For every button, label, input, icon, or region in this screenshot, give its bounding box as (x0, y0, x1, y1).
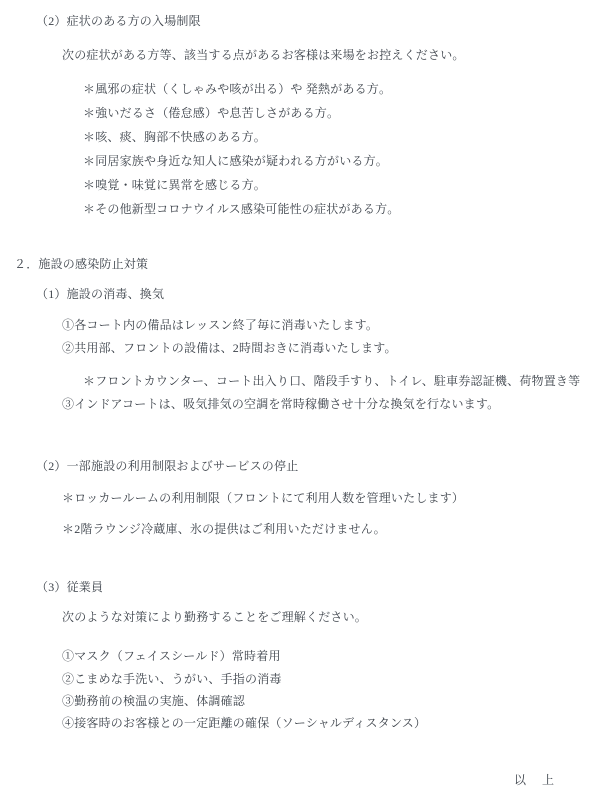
disinfection-item: ②共用部、フロントの設備は、2時間おきに消毒いたします。 (62, 340, 397, 356)
staff-item: ①マスク（フェイスシールド）常時着用 (62, 648, 281, 664)
staff-intro: 次のような対策により勤務することをご理解ください。 (62, 609, 367, 625)
symptom-bullet: ＊強いだるさ（倦怠感）や息苦しさがある方。 (83, 105, 339, 121)
usage-limits-bullet: ＊ロッカールームの利用制限（フロントにて利用人数を管理いたします） (62, 490, 464, 506)
staff-item: ④接客時のお客様との一定距離の確保（ソーシャルディスタンス） (62, 715, 426, 731)
entry-restriction-heading: （2）症状のある方の入場制限 (36, 13, 201, 29)
usage-limits-bullet: ＊2階ラウンジ冷蔵庫、氷の提供はご利用いただけません。 (62, 521, 386, 537)
staff-item: ②こまめな手洗い、うがい、手指の消毒 (62, 671, 282, 687)
disinfection-item: ①各コート内の備品はレッスン終了毎に消毒いたします。 (62, 317, 378, 333)
staff-heading: （3）従業員 (36, 579, 103, 595)
entry-restriction-intro: 次の症状がある方等、該当する点があるお客様は来場をお控えください。 (62, 47, 465, 63)
symptom-bullet: ＊同居家族や身近な知人に感染が疑われる方がいる方。 (83, 153, 388, 169)
disinfection-note: ＊フロントカウンター、コート出入り口、階段手すり、トイレ、駐車券認証機、荷物置き… (83, 373, 580, 389)
document-page: （2）症状のある方の入場制限 次の症状がある方等、該当する点があるお客様は来場を… (0, 0, 600, 806)
prevention-heading: ２．施設の感染防止対策 (14, 256, 148, 272)
symptom-bullet: ＊その他新型コロナウイルス感染可能性の症状がある方。 (83, 201, 399, 217)
closing-mark: 以 上 (514, 772, 556, 788)
symptom-bullet: ＊嗅覚・味覚に異常を感じる方。 (83, 177, 266, 193)
staff-item: ③勤務前の検温の実施、体調確認 (62, 693, 245, 709)
disinfection-item: ③インドアコートは、吸気排気の空調を常時稼働させ十分な換気を行ないます。 (62, 396, 499, 412)
disinfection-heading: （1）施設の消毒、換気 (36, 286, 164, 302)
symptom-bullet: ＊咳、痰、胸部不快感のある方。 (83, 129, 266, 145)
usage-limits-heading: （2）一部施設の利用制限およびサービスの停止 (36, 458, 298, 474)
symptom-bullet: ＊風邪の症状（くしゃみや咳が出る）や 発熱がある方。 (83, 81, 391, 97)
